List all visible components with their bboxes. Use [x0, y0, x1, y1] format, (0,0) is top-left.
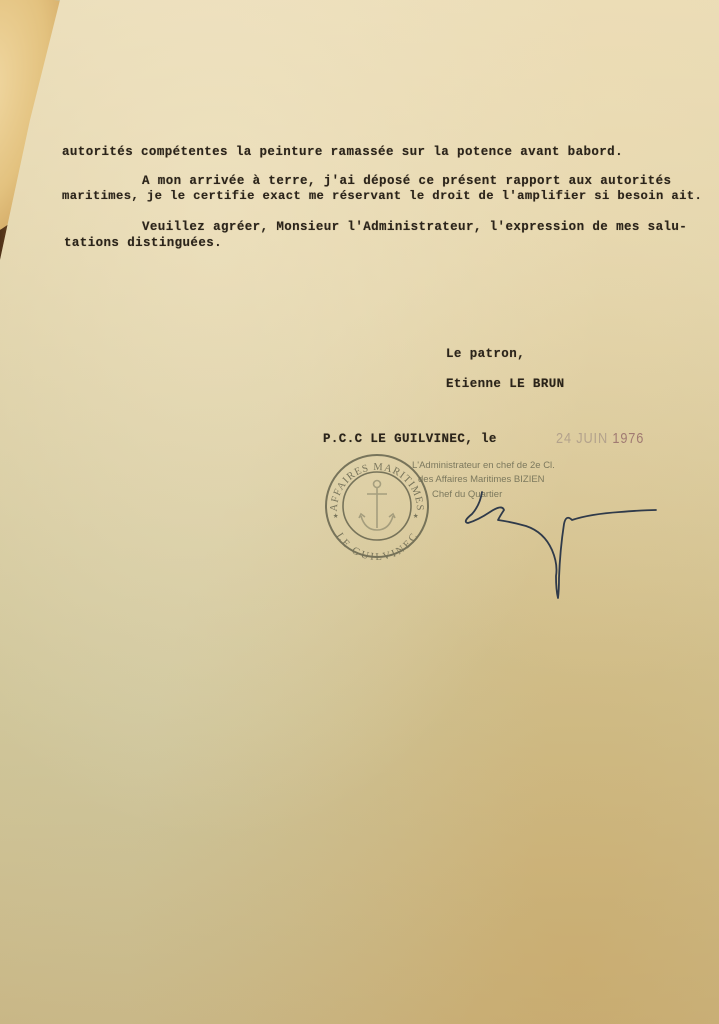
stamp-bottom-text: LE GUILVINEC [334, 531, 421, 560]
official-line-1: L'Administrateur en chef de 2e Cl. [412, 460, 555, 471]
closing-name: Etienne LE BRUN [446, 377, 565, 391]
anchor-icon [359, 481, 395, 531]
official-line-2: des Affaires Maritimes BIZIEN [418, 474, 545, 485]
body-line-1: autorités compétentes la peinture ramass… [62, 145, 623, 159]
date-year: 1976 [612, 430, 644, 447]
date-stamp: 24 JUIN 1976 [556, 430, 644, 447]
body-line-2: A mon arrivée à terre, j'ai déposé ce pr… [142, 174, 671, 188]
body-line-3: maritimes, je le certifie exact me réser… [62, 189, 702, 203]
signature [460, 490, 670, 610]
star-icon: ★ [413, 511, 419, 521]
body-line-4: Veuillez agréer, Monsieur l'Administrate… [142, 220, 687, 234]
closing-title: Le patron, [446, 347, 525, 361]
date-day-month: 24 JUIN [556, 430, 608, 447]
place-line: P.C.C LE GUILVINEC, le [323, 432, 497, 446]
body-line-5: tations distinguées. [64, 236, 222, 250]
star-icon: ★ [333, 511, 339, 521]
svg-text:LE GUILVINEC: LE GUILVINEC [334, 531, 421, 560]
